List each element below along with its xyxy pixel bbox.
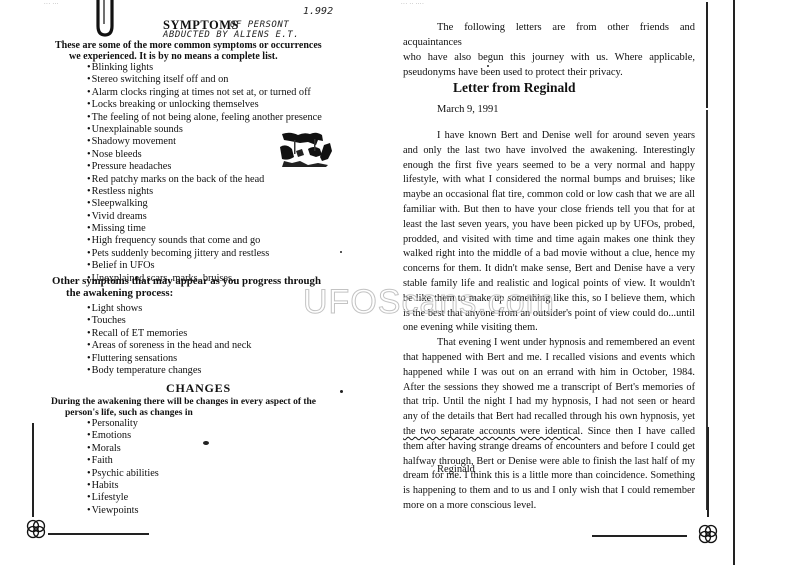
letter-paragraph-2: That evening I went under hypnosis and r…: [403, 336, 695, 514]
registration-mark-icon: [698, 524, 718, 544]
crop-mark-horizontal: [592, 535, 687, 537]
letter-date: March 9, 1991: [437, 104, 499, 115]
symptoms-intro-line1: These are some of the more common sympto…: [55, 40, 322, 51]
list-item: Areas of soreness in the head and neck: [87, 340, 251, 352]
list-item: Vivid dreams: [87, 211, 322, 223]
list-item: Body temperature changes: [87, 365, 251, 377]
changes-title: CHANGES: [166, 381, 231, 396]
letter-body: I have known Bert and Denise well for ar…: [403, 129, 695, 514]
list-item: Missing time: [87, 223, 322, 235]
list-item: Restless nights: [87, 186, 322, 198]
list-item: Personality: [87, 418, 159, 430]
list-item: High frequency sounds that come and go: [87, 235, 322, 247]
crop-mark-vertical: [707, 427, 709, 517]
symptoms-intro-line2: we experienced. It is by no means a comp…: [55, 51, 375, 62]
page-edge-line: [706, 2, 708, 108]
other-symptoms-heading: Other symptoms that may appear as you pr…: [52, 276, 392, 299]
handwritten-underline-text: the two separate accounts were identical: [403, 426, 580, 437]
list-item: Belief in UFOs: [87, 260, 322, 272]
crop-mark-horizontal: [48, 533, 149, 535]
letter-paragraph-1: I have known Bert and Denise well for ar…: [403, 129, 695, 336]
letters-intro: The following letters are from other fri…: [403, 20, 695, 80]
list-item: Light shows: [87, 303, 251, 315]
list-item: Recall of ET memories: [87, 328, 251, 340]
left-page: ··· ··· 1.992 SYMPTOMS OF PERSONT ABDUCT…: [0, 0, 400, 582]
symptoms-list: Blinking lights Stereo switching itself …: [87, 62, 322, 285]
corner-scrap-text: ··· ·· ····: [401, 1, 424, 7]
ink-smudge-image: [278, 131, 334, 167]
list-item: Fluttering sensations: [87, 353, 251, 365]
paragraph-2-text-before: That evening I went under hypnosis and r…: [403, 337, 695, 422]
list-item: Lifestyle: [87, 492, 159, 504]
other-symptoms-list: Light shows Touches Recall of ET memorie…: [87, 303, 251, 377]
list-item: Sleepwalking: [87, 198, 322, 210]
list-item: Stereo switching itself off and on: [87, 74, 322, 86]
handwritten-year: 1.992: [303, 6, 333, 17]
changes-intro-line1: During the awakening there will be chang…: [51, 397, 316, 407]
right-page: ··· ·· ···· The following letters are fr…: [400, 0, 800, 582]
list-item: The feeling of not being alone, feeling …: [87, 112, 322, 124]
list-item: Pets suddenly becoming jittery and restl…: [87, 248, 322, 260]
ink-dot: [487, 65, 489, 67]
ink-speck: [340, 390, 343, 393]
list-item: Locks breaking or unlocking themselves: [87, 99, 322, 111]
list-item: Blinking lights: [87, 62, 322, 74]
letter-title: Letter from Reginald: [453, 80, 575, 96]
ink-speck: [340, 251, 342, 253]
ink-speck: [203, 441, 209, 445]
list-item: Red patchy marks on the back of the head: [87, 174, 322, 186]
list-item: Psychic abilities: [87, 468, 159, 480]
list-item: Alarm clocks ringing at times not set at…: [87, 87, 322, 99]
letter-signature: Reginald: [437, 464, 475, 475]
list-item: Touches: [87, 315, 251, 327]
changes-intro: During the awakening there will be chang…: [51, 397, 381, 418]
other-symptoms-heading-line1: Other symptoms that may appear as you pr…: [52, 275, 321, 287]
registration-mark-icon: [26, 519, 46, 539]
list-item: Faith: [87, 455, 159, 467]
handwritten-subtitle-line2: ABDUCTED BY ALIENS E.T.: [163, 30, 299, 40]
symptoms-intro: These are some of the more common sympto…: [55, 40, 375, 62]
page-edge-line: [733, 0, 735, 565]
changes-list: Personality Emotions Morals Faith Psychi…: [87, 418, 159, 517]
list-item: Habits: [87, 480, 159, 492]
paperclip-icon: [95, 0, 115, 38]
list-item: Emotions: [87, 430, 159, 442]
corner-scrap-text: ··· ···: [44, 1, 59, 7]
list-item: Viewpoints: [87, 505, 159, 517]
crop-mark-vertical: [32, 423, 34, 517]
letters-intro-rest: who have also begun this journey with us…: [403, 52, 695, 78]
changes-intro-line2: person's life, such as changes in: [51, 408, 381, 419]
other-symptoms-heading-line2: the awakening process:: [52, 288, 392, 300]
handwritten-subtitle-line1: OF PERSONT: [230, 20, 289, 30]
list-item: Morals: [87, 443, 159, 455]
letters-intro-line1: The following letters are from other fri…: [403, 20, 695, 50]
